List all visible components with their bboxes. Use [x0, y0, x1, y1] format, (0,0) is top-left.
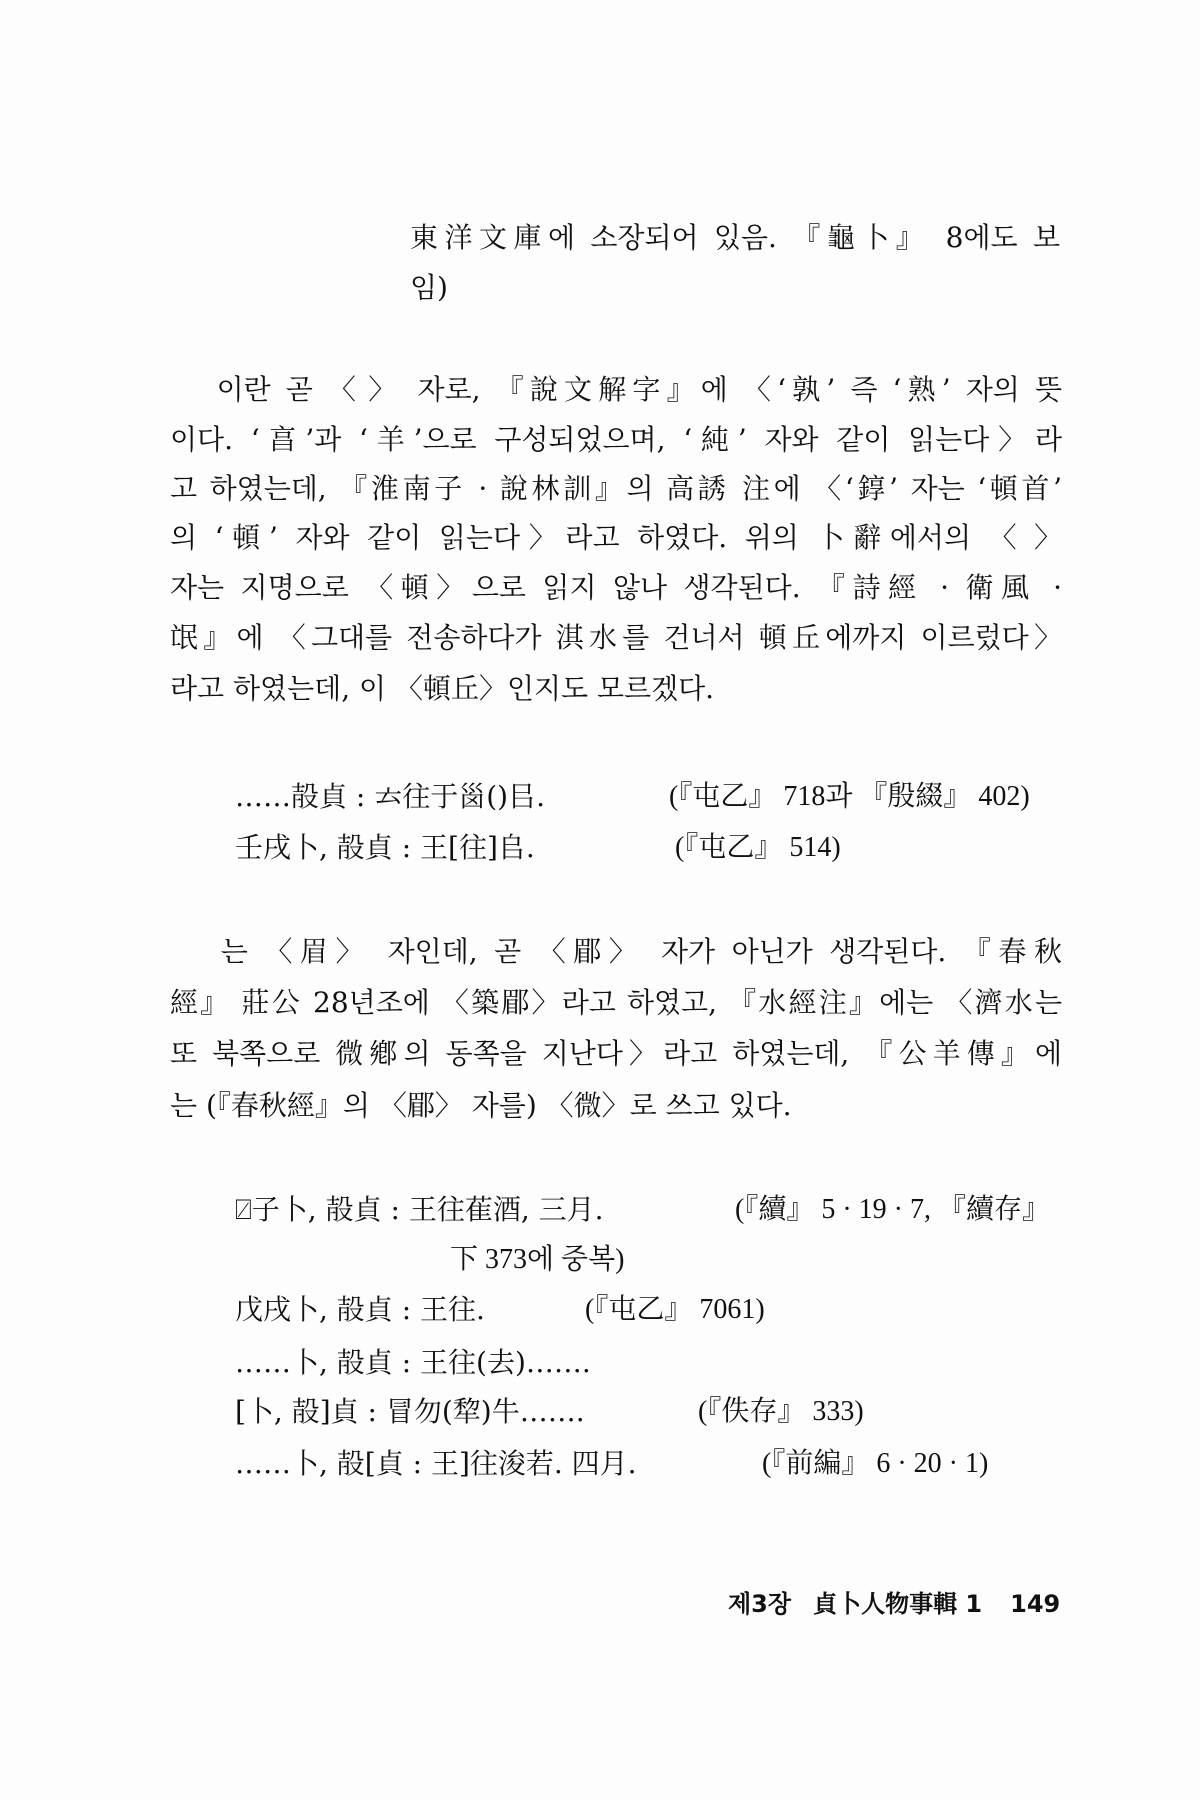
paragraph-1-line: 이다. ‘亯’과 ‘羊’으로 구성되었으며, ‘純’ 자와 같이 읽는다〉라: [170, 422, 1062, 458]
chapter-label: 제3장: [728, 1590, 791, 1618]
paragraph-2-line: 는 (『春秋經』의 〈郿〉 자를) 〈微〉로 쓰고 있다.: [170, 1088, 1062, 1124]
book-page: 東洋文庫에 소장되어 있음. 『龜卜』 8에도 보 임) 〈𦎧〉이란 곧 〈𦏁〉…: [0, 0, 1200, 1800]
oracle-inscription: 戊戌卜, 㱿貞 : 王往.: [235, 1292, 485, 1328]
citation-continuation: 下 373에 중복): [450, 1242, 624, 1278]
paragraph-1-line: 〈𦎧〉이란 곧 〈𦏁〉 자로, 『說文解字』에 〈‘孰’ 즉 ‘熟’ 자의 뜻: [198, 372, 1062, 408]
oracle-inscription: ……㱿貞 : 𠫓往于𡿺(𠙵)㠯.: [235, 779, 545, 815]
footnote-line: 東洋文庫에 소장되어 있음. 『龜卜』 8에도 보: [410, 220, 1060, 256]
paragraph-1-line: 의 ‘頓’ 자와 같이 읽는다〉라고 하였다. 위의 卜辭에서의 〈𦏁〉: [170, 520, 1062, 556]
oracle-inscription: ⍁子卜, 㱿貞 : 王往萑酒, 三月.: [235, 1192, 604, 1228]
citation: (『續』 5 · 19 · 7, 『續存』: [735, 1192, 1050, 1228]
paragraph-2-line: 〈𠙵〉는 〈眉〉 자인데, 곧 〈郿〉 자가 아닌가 생각된다. 『春秋: [198, 934, 1062, 970]
citation: (『屯乙』 514): [675, 830, 841, 866]
citation: (『屯乙』 718과 『殷綴』 402): [669, 779, 1030, 815]
paragraph-1-line: 氓』에 〈그대를 전송하다가 淇水를 건너서 頓丘에까지 이르렀다〉: [170, 620, 1062, 656]
paragraph-1-line: 라고 하였는데, 이 〈頓丘〉인지도 모르겠다.: [170, 671, 1062, 707]
citation: (『佚存』 333): [698, 1394, 864, 1430]
footnote-line: 임): [410, 270, 1060, 306]
oracle-inscription: [卜, 㱿]貞 : 冒勿(犂)牛…….: [235, 1394, 585, 1430]
paragraph-1-line: 고 하였는데, 『淮南子 · 說林訓』의 高誘 注에 〈‘錞’ 자는 ‘頓首’: [170, 471, 1062, 507]
chapter-title: 貞卜人物事輯 1: [813, 1590, 982, 1618]
oracle-inscription: ……卜, 㱿[貞 : 王]往浚若. 四月.: [235, 1446, 637, 1482]
running-footer: 제3장貞卜人物事輯 1149: [728, 1589, 1060, 1619]
oracle-inscription: 壬戌卜, 㱿貞 : 王[往]𠙵𠂤.: [235, 830, 535, 866]
citation: (『前編』 6 · 20 · 1): [762, 1446, 988, 1482]
paragraph-2-line: 經』 莊公 28년조에 〈築郿〉라고 하였고, 『水經注』에는 〈濟水는: [170, 985, 1062, 1021]
page-number: 149: [1010, 1590, 1060, 1618]
oracle-inscription: ……卜, 㱿貞 : 王往𡆥(去)…….: [235, 1345, 591, 1381]
paragraph-1-line: 자는 지명으로 〈頓〉으로 읽지 않나 생각된다. 『詩經 · 衛風 ·: [170, 570, 1062, 606]
citation: (『屯乙』 7061): [585, 1292, 765, 1328]
paragraph-2-line: 또 북쪽으로 微鄕의 동쪽을 지난다〉라고 하였는데, 『公羊傳』에: [170, 1036, 1062, 1072]
